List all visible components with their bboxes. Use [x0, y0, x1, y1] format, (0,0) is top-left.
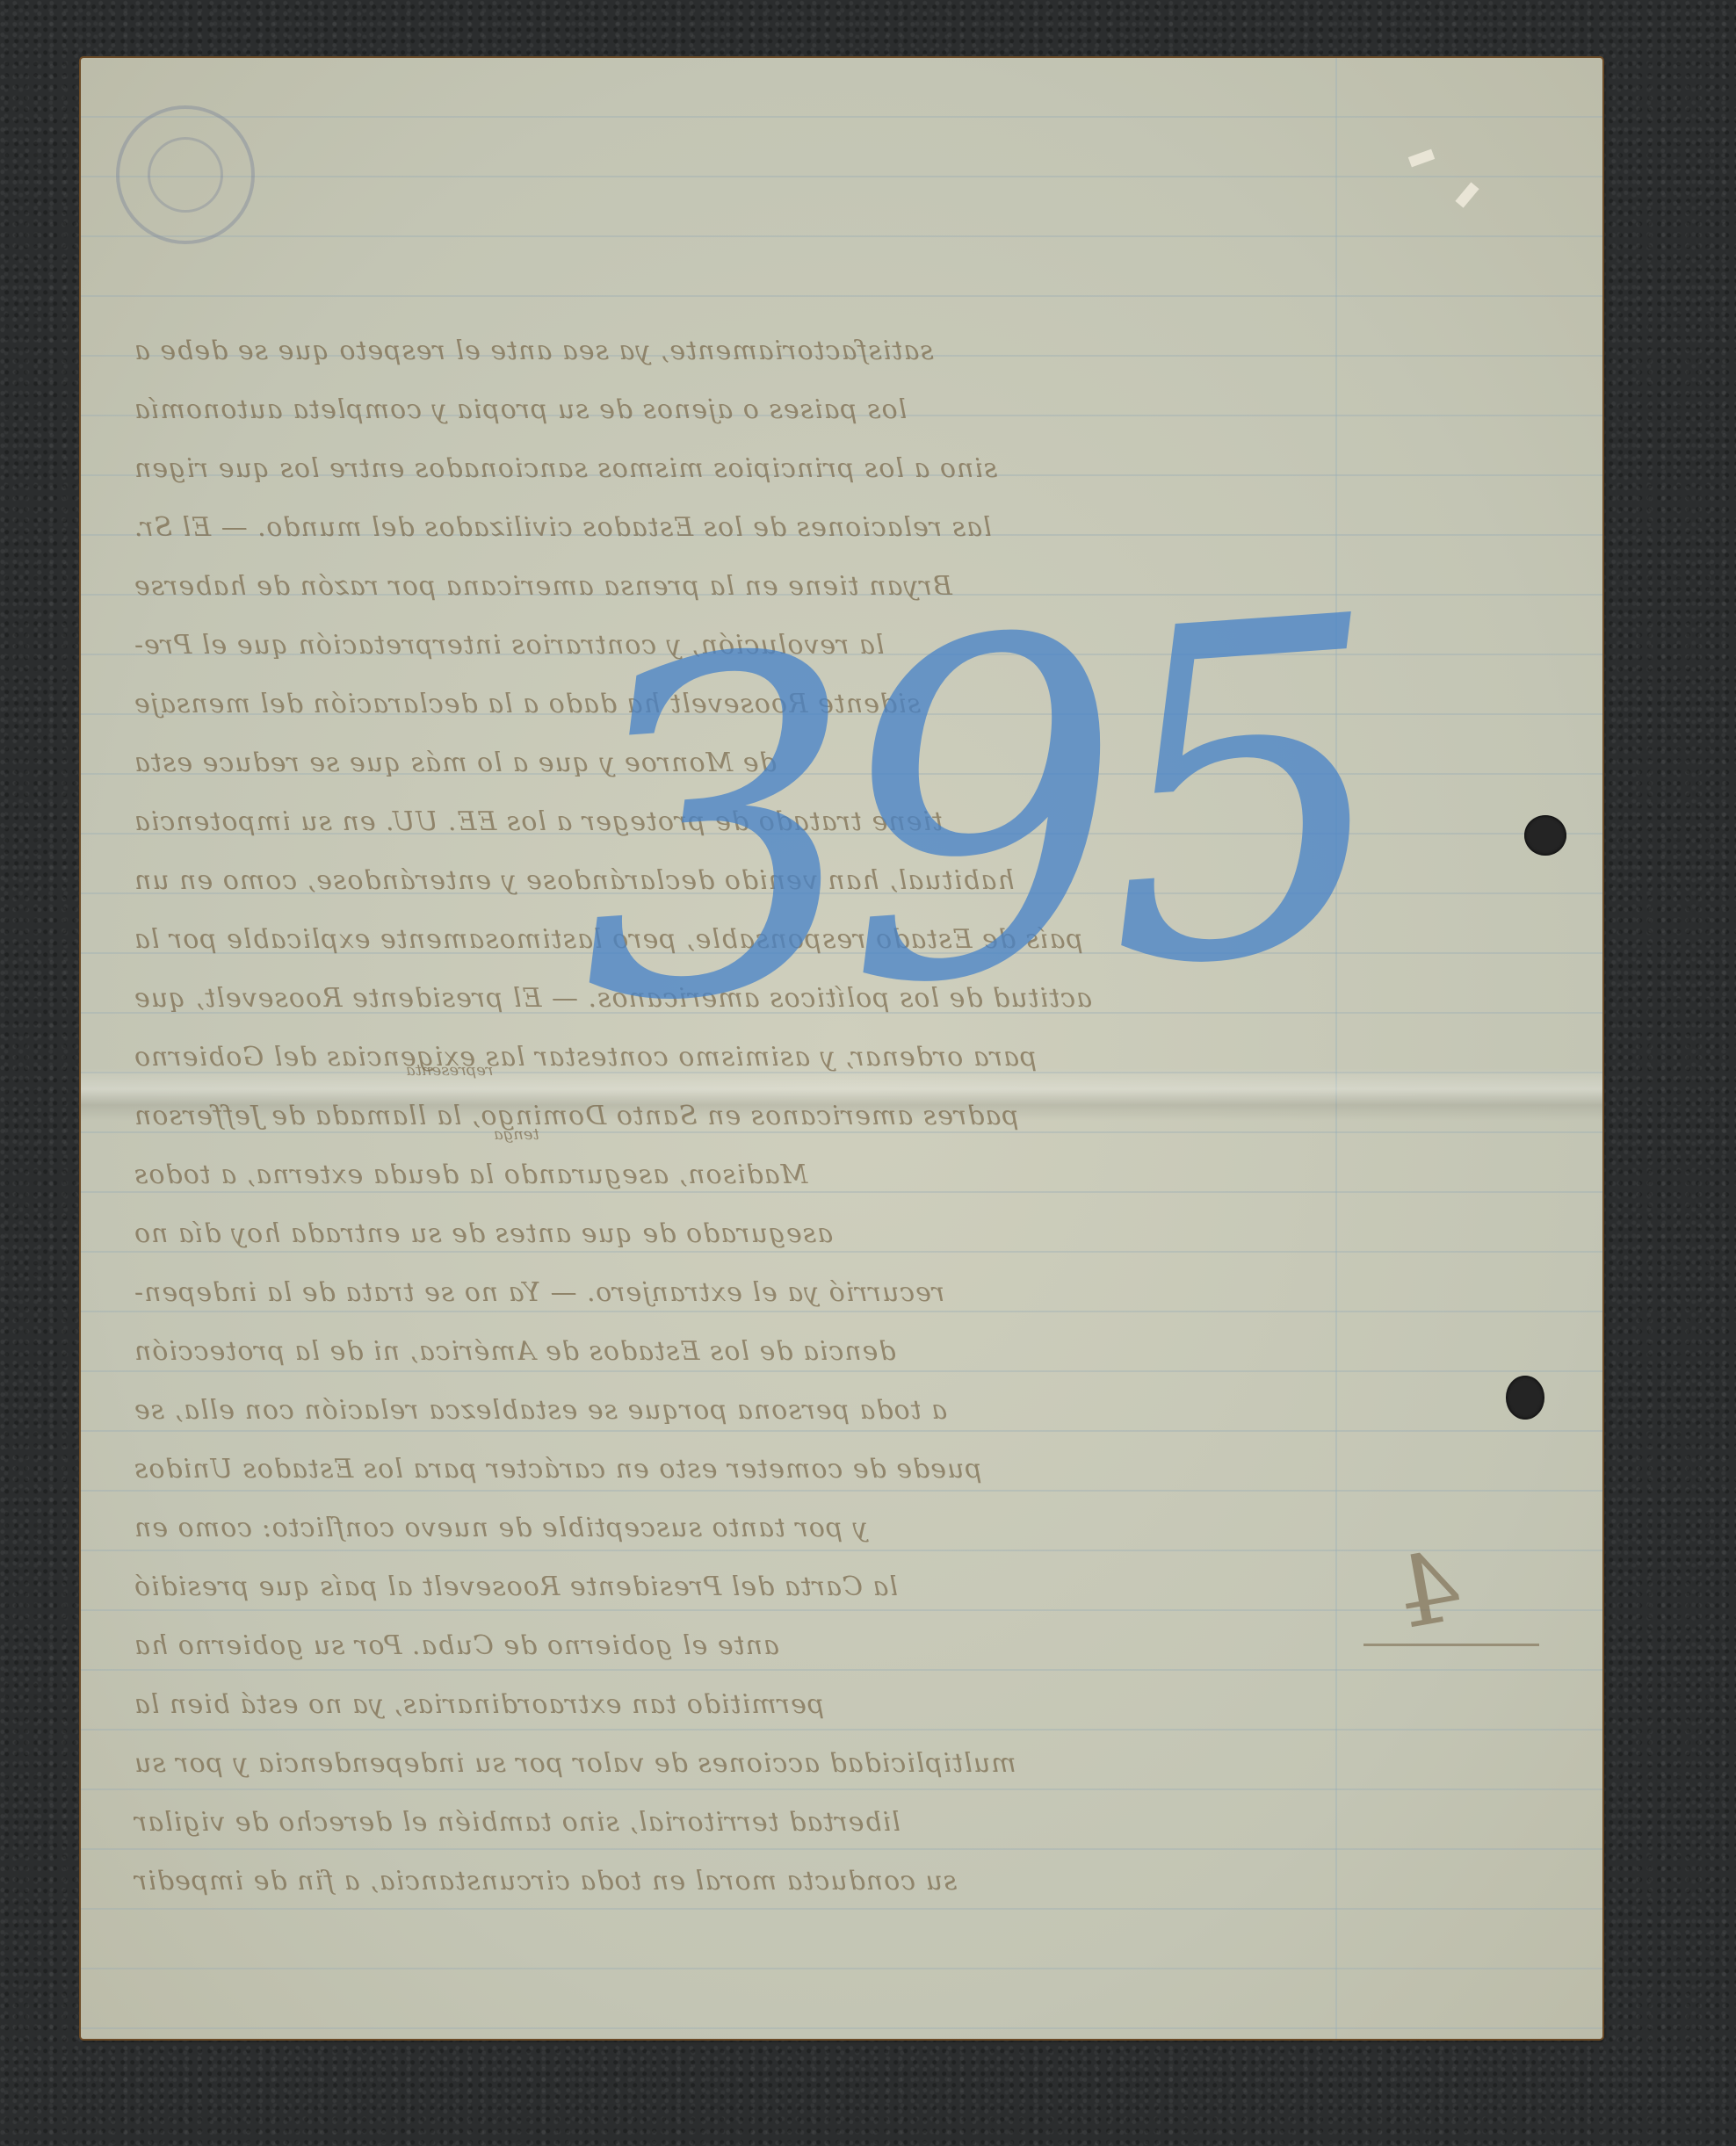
- archive-stamp-icon: [116, 105, 255, 244]
- text-line: su conducta moral en toda circunstancia,…: [134, 1852, 1311, 1911]
- punched-hole: [1524, 815, 1566, 856]
- text-line: asegurado de que antes de su entrada hoy…: [134, 1204, 1311, 1263]
- text-line: libertad territorial, sino también el de…: [134, 1793, 1311, 1852]
- paper-tear: [1408, 149, 1435, 168]
- text-line: dencia de los Estados de América, ni de …: [134, 1322, 1311, 1381]
- text-line: ante el gobierno de Cuba. Por su gobiern…: [134, 1616, 1311, 1675]
- punched-hole: [1506, 1376, 1544, 1420]
- text-line: puede de cometer esto en carácter para l…: [134, 1440, 1311, 1499]
- document-page: satisfactoriamente, ya sea ante el respe…: [81, 58, 1602, 2039]
- text-line: los paises o ajenos de su propia y compl…: [134, 380, 1311, 439]
- mirrored-page-number: 4: [1389, 1529, 1469, 1651]
- text-line: sino a los principios mismos sancionados…: [134, 439, 1311, 498]
- text-line: y por tanto susceptible de nuevo conflic…: [134, 1499, 1311, 1557]
- interlinear-insert: representa: [406, 1061, 493, 1080]
- text-line: multiplicidad acciones de valor por su i…: [134, 1734, 1311, 1793]
- text-line: la Carta del Presidente Roosevelt al paí…: [134, 1557, 1311, 1616]
- page-number-underline: [1363, 1644, 1539, 1646]
- interlinear-insert: tenga: [494, 1125, 539, 1144]
- text-line: satisfactoriamente, ya sea ante el respe…: [134, 322, 1311, 380]
- text-line: Madison, asegurando la deuda externa, a …: [134, 1145, 1311, 1204]
- stamp-inner-ring: [148, 137, 223, 213]
- text-line: permitido tan extraordinarias, ya no est…: [134, 1675, 1311, 1734]
- text-line: recurrió ya el extranjero. — Ya no se tr…: [134, 1263, 1311, 1322]
- folio-number: 395: [558, 558, 1381, 1069]
- text-line: a toda persona porque se establezca rela…: [134, 1381, 1311, 1440]
- paper-tear: [1455, 182, 1479, 207]
